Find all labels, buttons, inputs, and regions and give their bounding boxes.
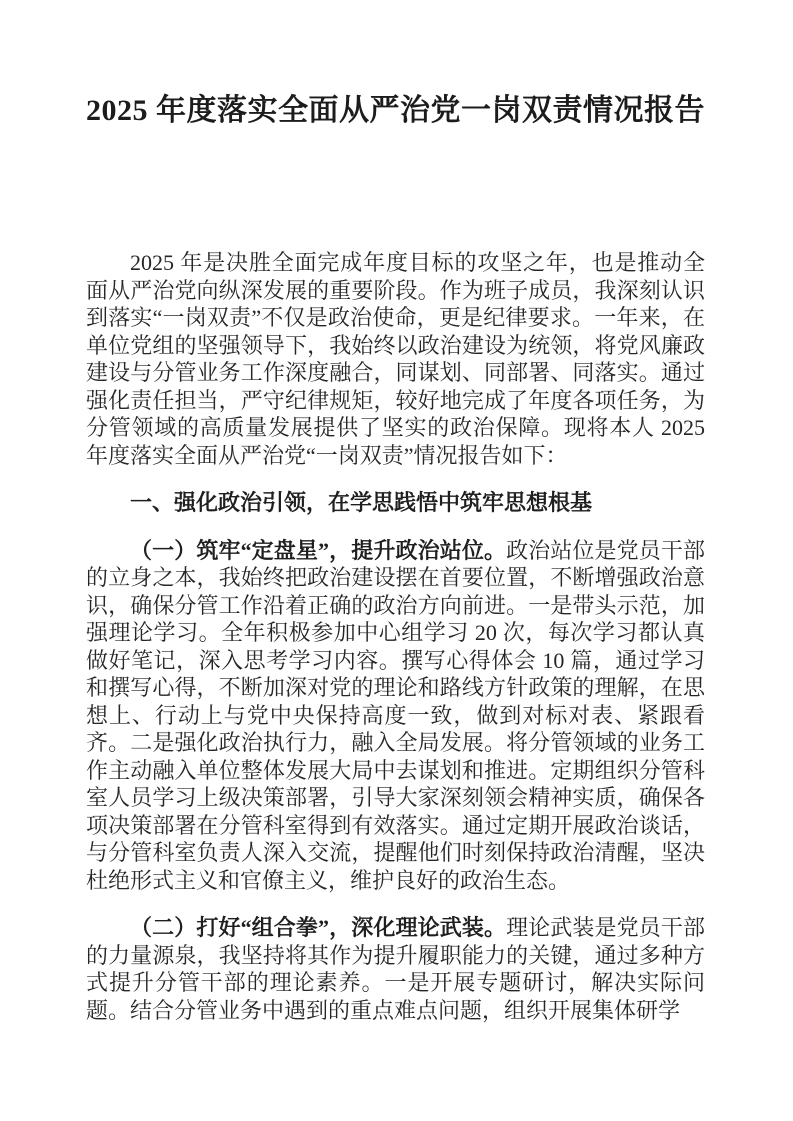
section-1-paragraph-1: （一）筑牢“定盘星”，提升政治站位。政治站位是党员干部的立身之本，我始终把政治建… — [86, 537, 705, 895]
section-heading-1: 一、强化政治引领，在学思践悟中筑牢思想根基 — [86, 489, 705, 517]
document-title: 2025 年度落实全面从严治党一岗双责情况报告 — [86, 89, 705, 133]
section-1-paragraph-1-text: 政治站位是党员干部的立身之本，我始终把政治建设摆在首要位置，不断增强政治意识，确… — [86, 538, 705, 893]
intro-paragraph-text: 2025 年是决胜全面完成年度目标的攻坚之年，也是推动全面从严治党向纵深发展的重… — [86, 250, 705, 468]
document-page: 2025 年度落实全面从严治党一岗双责情况报告 2025 年是决胜全面完成年度目… — [0, 0, 793, 1121]
section-1-paragraph-2: （二）打好“组合拳”，深化理论武装。理论武装是党员干部的力量源泉，我坚持将其作为… — [86, 914, 705, 1024]
section-1-paragraph-2-lead: （二）打好“组合拳”，深化理论武装。 — [130, 915, 506, 940]
intro-paragraph: 2025 年是决胜全面完成年度目标的攻坚之年，也是推动全面从严治党向纵深发展的重… — [86, 249, 705, 469]
document-body: 2025 年是决胜全面完成年度目标的攻坚之年，也是推动全面从严治党向纵深发展的重… — [86, 249, 705, 1024]
section-1-paragraph-1-lead: （一）筑牢“定盘星”，提升政治站位。 — [130, 538, 506, 563]
